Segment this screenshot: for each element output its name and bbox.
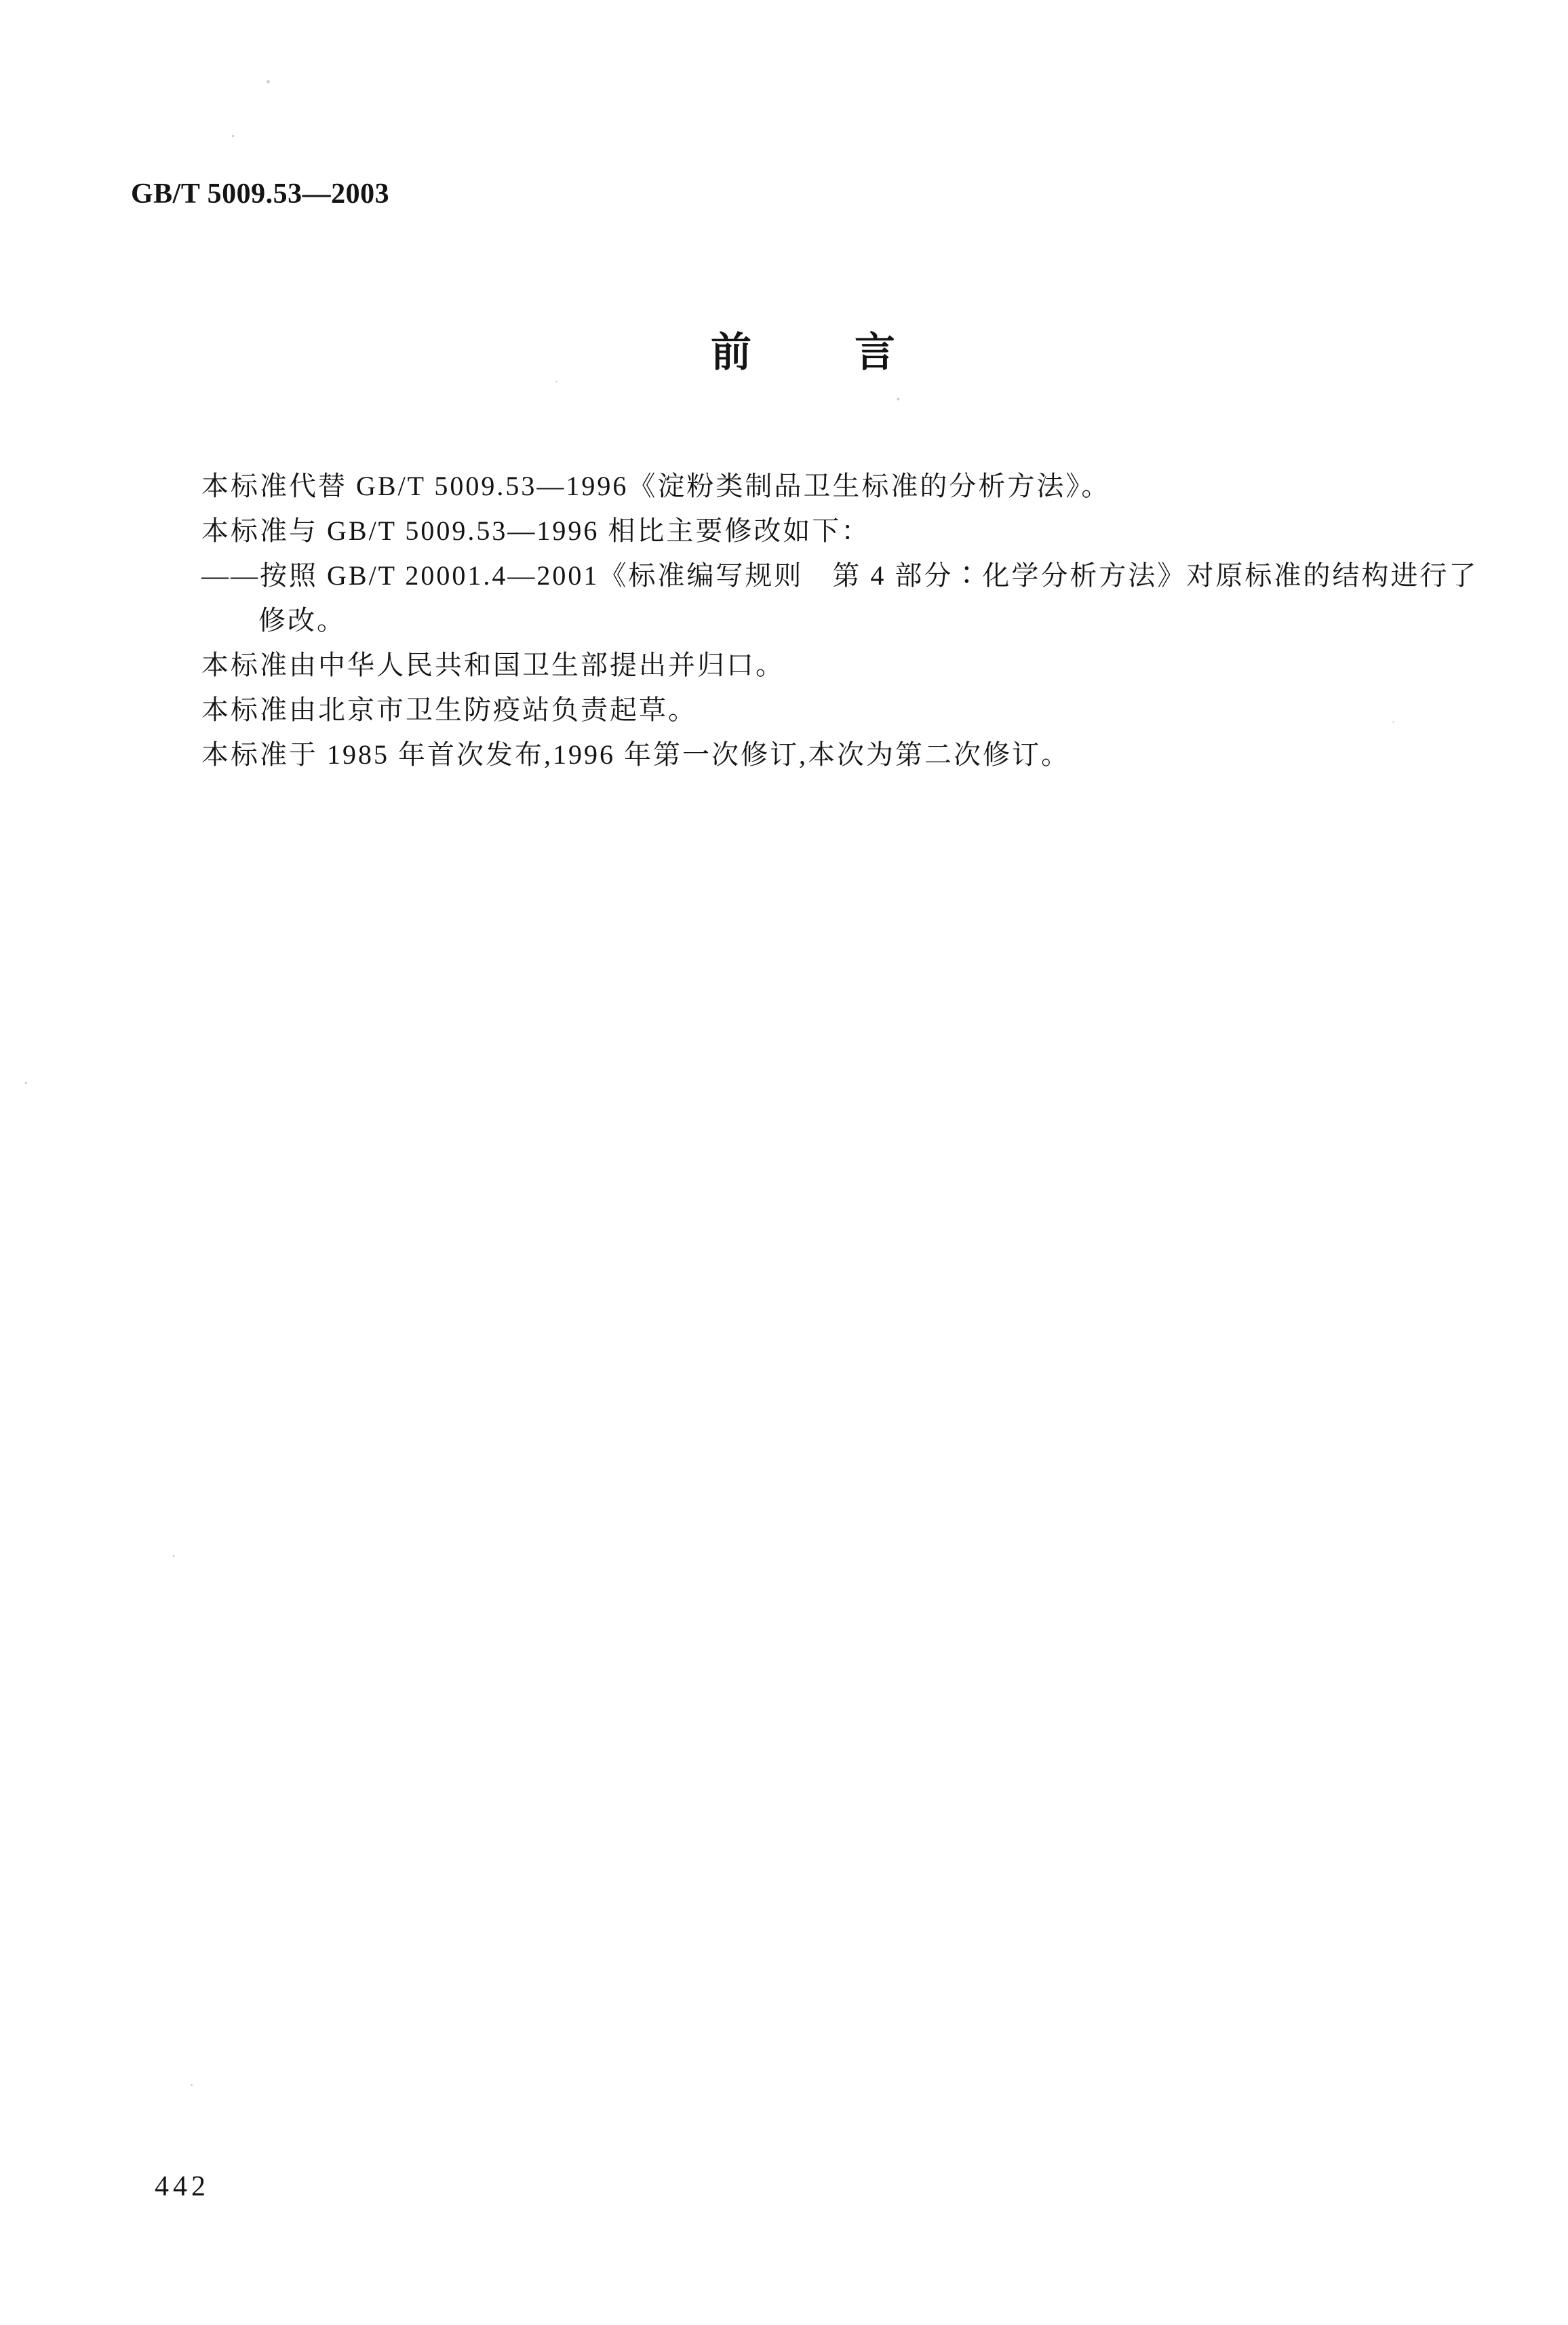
body-line: 本标准代替 GB/T 5009.53—1996《淀粉类制品卫生标准的分析方法》。 <box>144 464 1430 509</box>
body-line: 本标准由北京市卫生防疫站负责起草。 <box>144 688 1430 732</box>
scan-speck <box>1392 721 1394 723</box>
scan-speck <box>232 135 235 138</box>
standard-document-page: GB/T 5009.53—2003 前 言 本标准代替 GB/T 5009.53… <box>0 0 1568 2325</box>
foreword-body: 本标准代替 GB/T 5009.53—1996《淀粉类制品卫生标准的分析方法》。… <box>144 464 1430 777</box>
body-line-continuation: 修改。 <box>258 598 1430 643</box>
scan-speck <box>555 380 557 383</box>
scan-speck <box>25 1082 28 1085</box>
scan-speck <box>173 1555 175 1557</box>
scan-speck <box>191 2084 193 2086</box>
body-line: 本标准由中华人民共和国卫生部提出并归口。 <box>144 643 1430 688</box>
foreword-title-char-right: 言 <box>855 331 895 374</box>
standard-code-header: GB/T 5009.53—2003 <box>131 178 389 210</box>
foreword-title-char-left: 前 <box>711 331 751 374</box>
scan-speck <box>897 398 900 401</box>
foreword-title: 前 言 <box>711 331 895 374</box>
body-line: 本标准于 1985 年首次发布,1996 年第一次修订,本次为第二次修订。 <box>144 732 1430 777</box>
page-number: 442 <box>155 2170 210 2203</box>
body-line: ——按照 GB/T 20001.4—2001《标准编写规则 第 4 部分∶化学分… <box>144 553 1430 598</box>
body-line: 本标准与 GB/T 5009.53—1996 相比主要修改如下： <box>144 509 1430 553</box>
scan-speck <box>267 80 270 83</box>
